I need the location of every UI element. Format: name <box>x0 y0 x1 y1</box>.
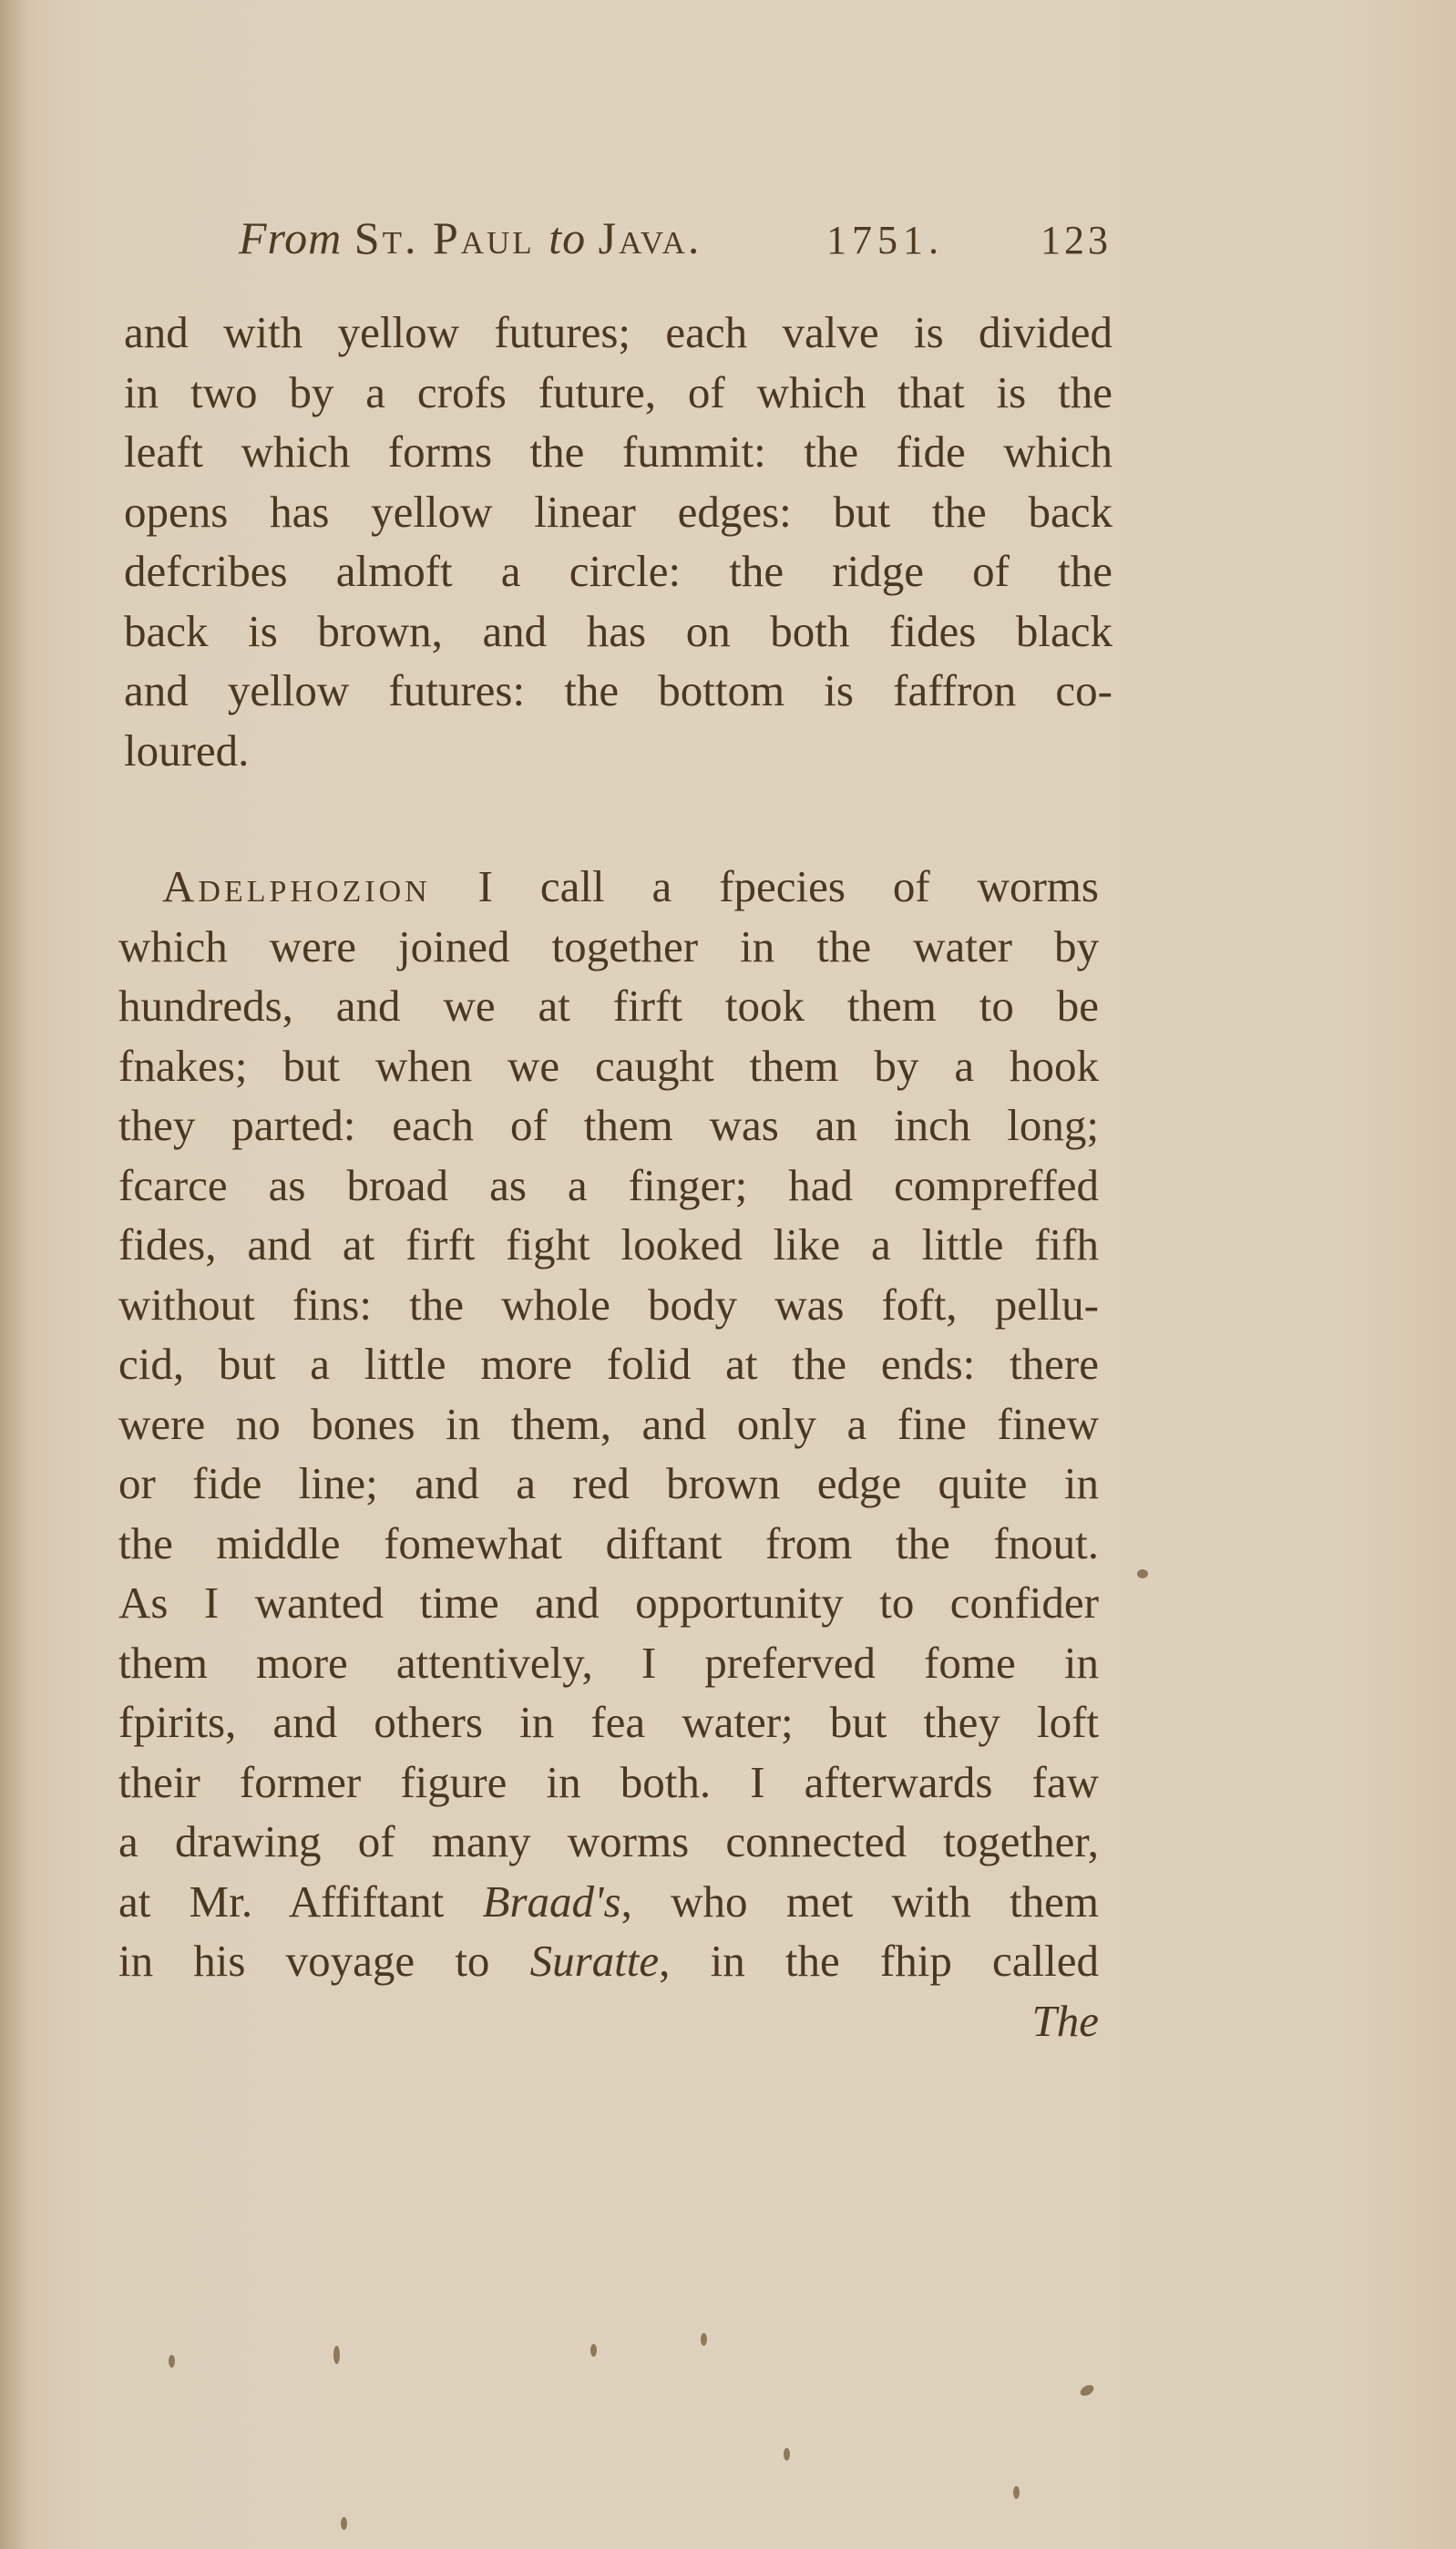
paper-speck <box>1137 1569 1148 1578</box>
paper-speck <box>1079 2383 1096 2399</box>
text-line: a drawing of many worms connected togeth… <box>118 1812 1099 1872</box>
text-line: fcarce as broad as a finger; had compref… <box>118 1156 1099 1216</box>
text-line: or fide line; and a red brown edge quite… <box>118 1454 1099 1514</box>
paper-speck <box>1013 2486 1020 2499</box>
text-line: As I wanted time and opportunity to conf… <box>118 1573 1099 1633</box>
text-line: fpirits, and others in fea water; but th… <box>118 1692 1099 1752</box>
text-line: loured. <box>124 721 1113 781</box>
text-line: defcribes almoft a circle: the ridge of … <box>124 541 1113 601</box>
text-line: cid, but a little more folid at the ends… <box>118 1334 1099 1394</box>
text-line: were no bones in them, and only a fine f… <box>118 1394 1099 1454</box>
text-line: leaft which forms the fummit: the fide w… <box>124 422 1113 482</box>
paper-speck <box>701 2333 707 2346</box>
paragraph-opening-line: Adelphozion I call a fpecies of worms <box>118 857 1099 917</box>
running-head-title: From St. Paul to Java. <box>239 211 702 264</box>
paper-speck <box>169 2355 175 2368</box>
text-line: them more attentively, I preferved fome … <box>118 1633 1099 1693</box>
page-number: 123 <box>1041 217 1112 263</box>
text-line: and yellow futures: the bottom is faffro… <box>124 661 1113 721</box>
book-page: From St. Paul to Java. 1751. 123 and wit… <box>0 0 1456 2549</box>
text-line: back is brown, and has on both fides bla… <box>124 601 1113 662</box>
text-line: opens has yellow linear edges: but the b… <box>124 482 1113 542</box>
text-line: without fins: the whole body was foft, p… <box>118 1275 1099 1335</box>
text-line: hundreds, and we at firft took them to b… <box>118 976 1099 1036</box>
running-head: From St. Paul to Java. 1751. 123 <box>239 211 1106 275</box>
text-line: their former figure in both. I afterward… <box>118 1752 1099 1813</box>
text-line: and with yellow futures; each valve is d… <box>124 303 1113 363</box>
text-line: in his voyage to Suratte, in the fhip ca… <box>118 1931 1099 1991</box>
running-head-year: 1751. <box>826 217 944 263</box>
paper-speck <box>341 2517 347 2530</box>
text-line: at Mr. Affiftant Braad's, who met with t… <box>118 1872 1099 1932</box>
text-line: fides, and at firft fight looked like a … <box>118 1215 1099 1275</box>
person-name: Braad's <box>483 1876 621 1927</box>
paper-speck <box>784 2448 790 2461</box>
text-line: the middle fomewhat diftant from the fno… <box>118 1514 1099 1574</box>
place-name: Suratte <box>530 1936 660 1986</box>
paper-speck <box>590 2344 597 2357</box>
catchword: The <box>118 1991 1099 2051</box>
paragraph-2: Adelphozion I call a fpecies of worms wh… <box>118 857 1099 2051</box>
text-line: they parted: each of them was an inch lo… <box>118 1095 1099 1156</box>
paragraph-1: and with yellow futures; each valve is d… <box>124 303 1113 780</box>
paper-speck <box>333 2346 340 2364</box>
text-line: which were joined together in the water … <box>118 917 1099 977</box>
binding-shadow <box>0 0 27 2549</box>
text-line: fnakes; but when we caught them by a hoo… <box>118 1036 1099 1096</box>
text-line: in two by a crofs future, of which that … <box>124 363 1113 423</box>
species-name: Adelphozion <box>162 861 431 911</box>
